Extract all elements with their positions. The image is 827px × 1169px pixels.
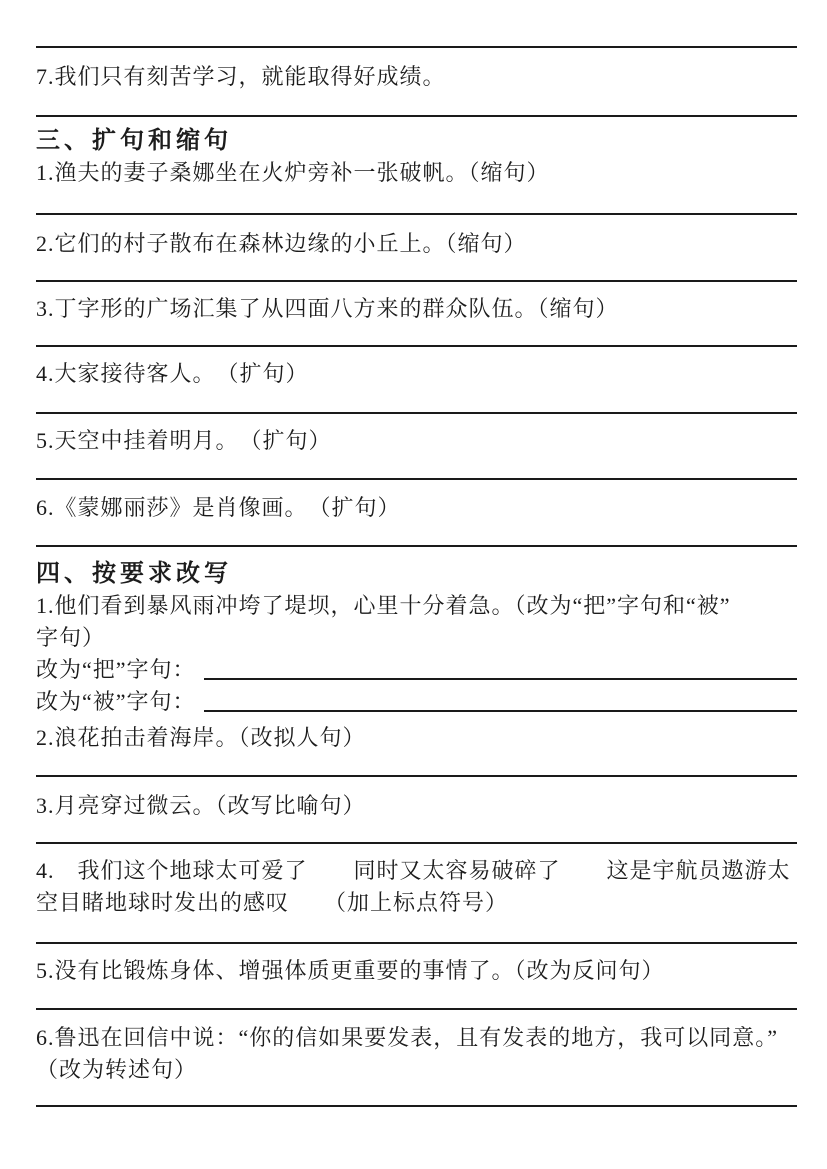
section-four-item-3: 3.月亮穿过微云。（改写比喻句） [36, 790, 797, 822]
separator-line [36, 942, 797, 944]
separator-line [36, 545, 797, 547]
section-four-item-4-line-2: 空目睹地球时发出的感叹 （加上标点符号） [36, 887, 797, 919]
separator-line [36, 345, 797, 347]
separator-line [36, 280, 797, 282]
section-three-item-3: 3.丁字形的广场汇集了从四面八方来的群众队伍。（缩句） [36, 293, 797, 325]
separator-line [36, 1008, 797, 1010]
separator-line [36, 1105, 797, 1107]
section-four-heading: 四、按要求改写 [36, 558, 797, 590]
section-three-item-6: 6.《蒙娜丽莎》是肖像画。 （扩句） [36, 492, 797, 524]
separator-line [36, 842, 797, 844]
ba-sentence-label: 改为“把”字句： [36, 654, 196, 686]
section-three-item-5: 5.天空中挂着明月。 （扩句） [36, 425, 797, 457]
section-three-item-4: 4.大家接待客人。 （扩句） [36, 358, 797, 390]
section-four-item-1-line-1: 1.他们看到暴风雨冲垮了堤坝，心里十分着急。（改为“把”字句和“被” [36, 590, 797, 622]
bei-sentence-label: 改为“被”字句： [36, 686, 196, 718]
separator-line [36, 775, 797, 777]
separator-line [36, 115, 797, 117]
section-four-item-4-line-1: 4. 我们这个地球太可爱了 同时又太容易破碎了 这是宇航员遨游太 [36, 855, 797, 887]
bei-answer-blank-line [204, 686, 797, 712]
item-7-text: 7.我们只有刻苦学习，就能取得好成绩。 [36, 61, 797, 93]
separator-line [36, 478, 797, 480]
section-four-item-6-line-1: 6.鲁迅在回信中说：“你的信如果要发表，且有发表的地方，我可以同意。” [36, 1022, 797, 1054]
bei-sentence-row: 改为“被”字句： [36, 686, 797, 718]
section-four-item-6-line-2: （改为转述句） [36, 1054, 797, 1086]
ba-sentence-row: 改为“把”字句： [36, 654, 797, 686]
separator-line [36, 213, 797, 215]
section-four-item-5: 5.没有比锻炼身体、增强体质更重要的事情了。（改为反问句） [36, 955, 797, 987]
section-three-item-1: 1.渔夫的妻子桑娜坐在火炉旁补一张破帆。（缩句） [36, 157, 797, 189]
separator-line [36, 46, 797, 48]
worksheet-page: 7.我们只有刻苦学习，就能取得好成绩。 三、扩句和缩句 1.渔夫的妻子桑娜坐在火… [0, 0, 827, 1169]
section-three-item-2: 2.它们的村子散布在森林边缘的小丘上。（缩句） [36, 228, 797, 260]
section-three-heading: 三、扩句和缩句 [36, 125, 797, 157]
ba-answer-blank-line [204, 654, 797, 680]
section-four-item-1-line-2: 字句） [36, 622, 797, 654]
separator-line [36, 412, 797, 414]
section-four-item-2: 2.浪花拍击着海岸。（改拟人句） [36, 722, 797, 754]
